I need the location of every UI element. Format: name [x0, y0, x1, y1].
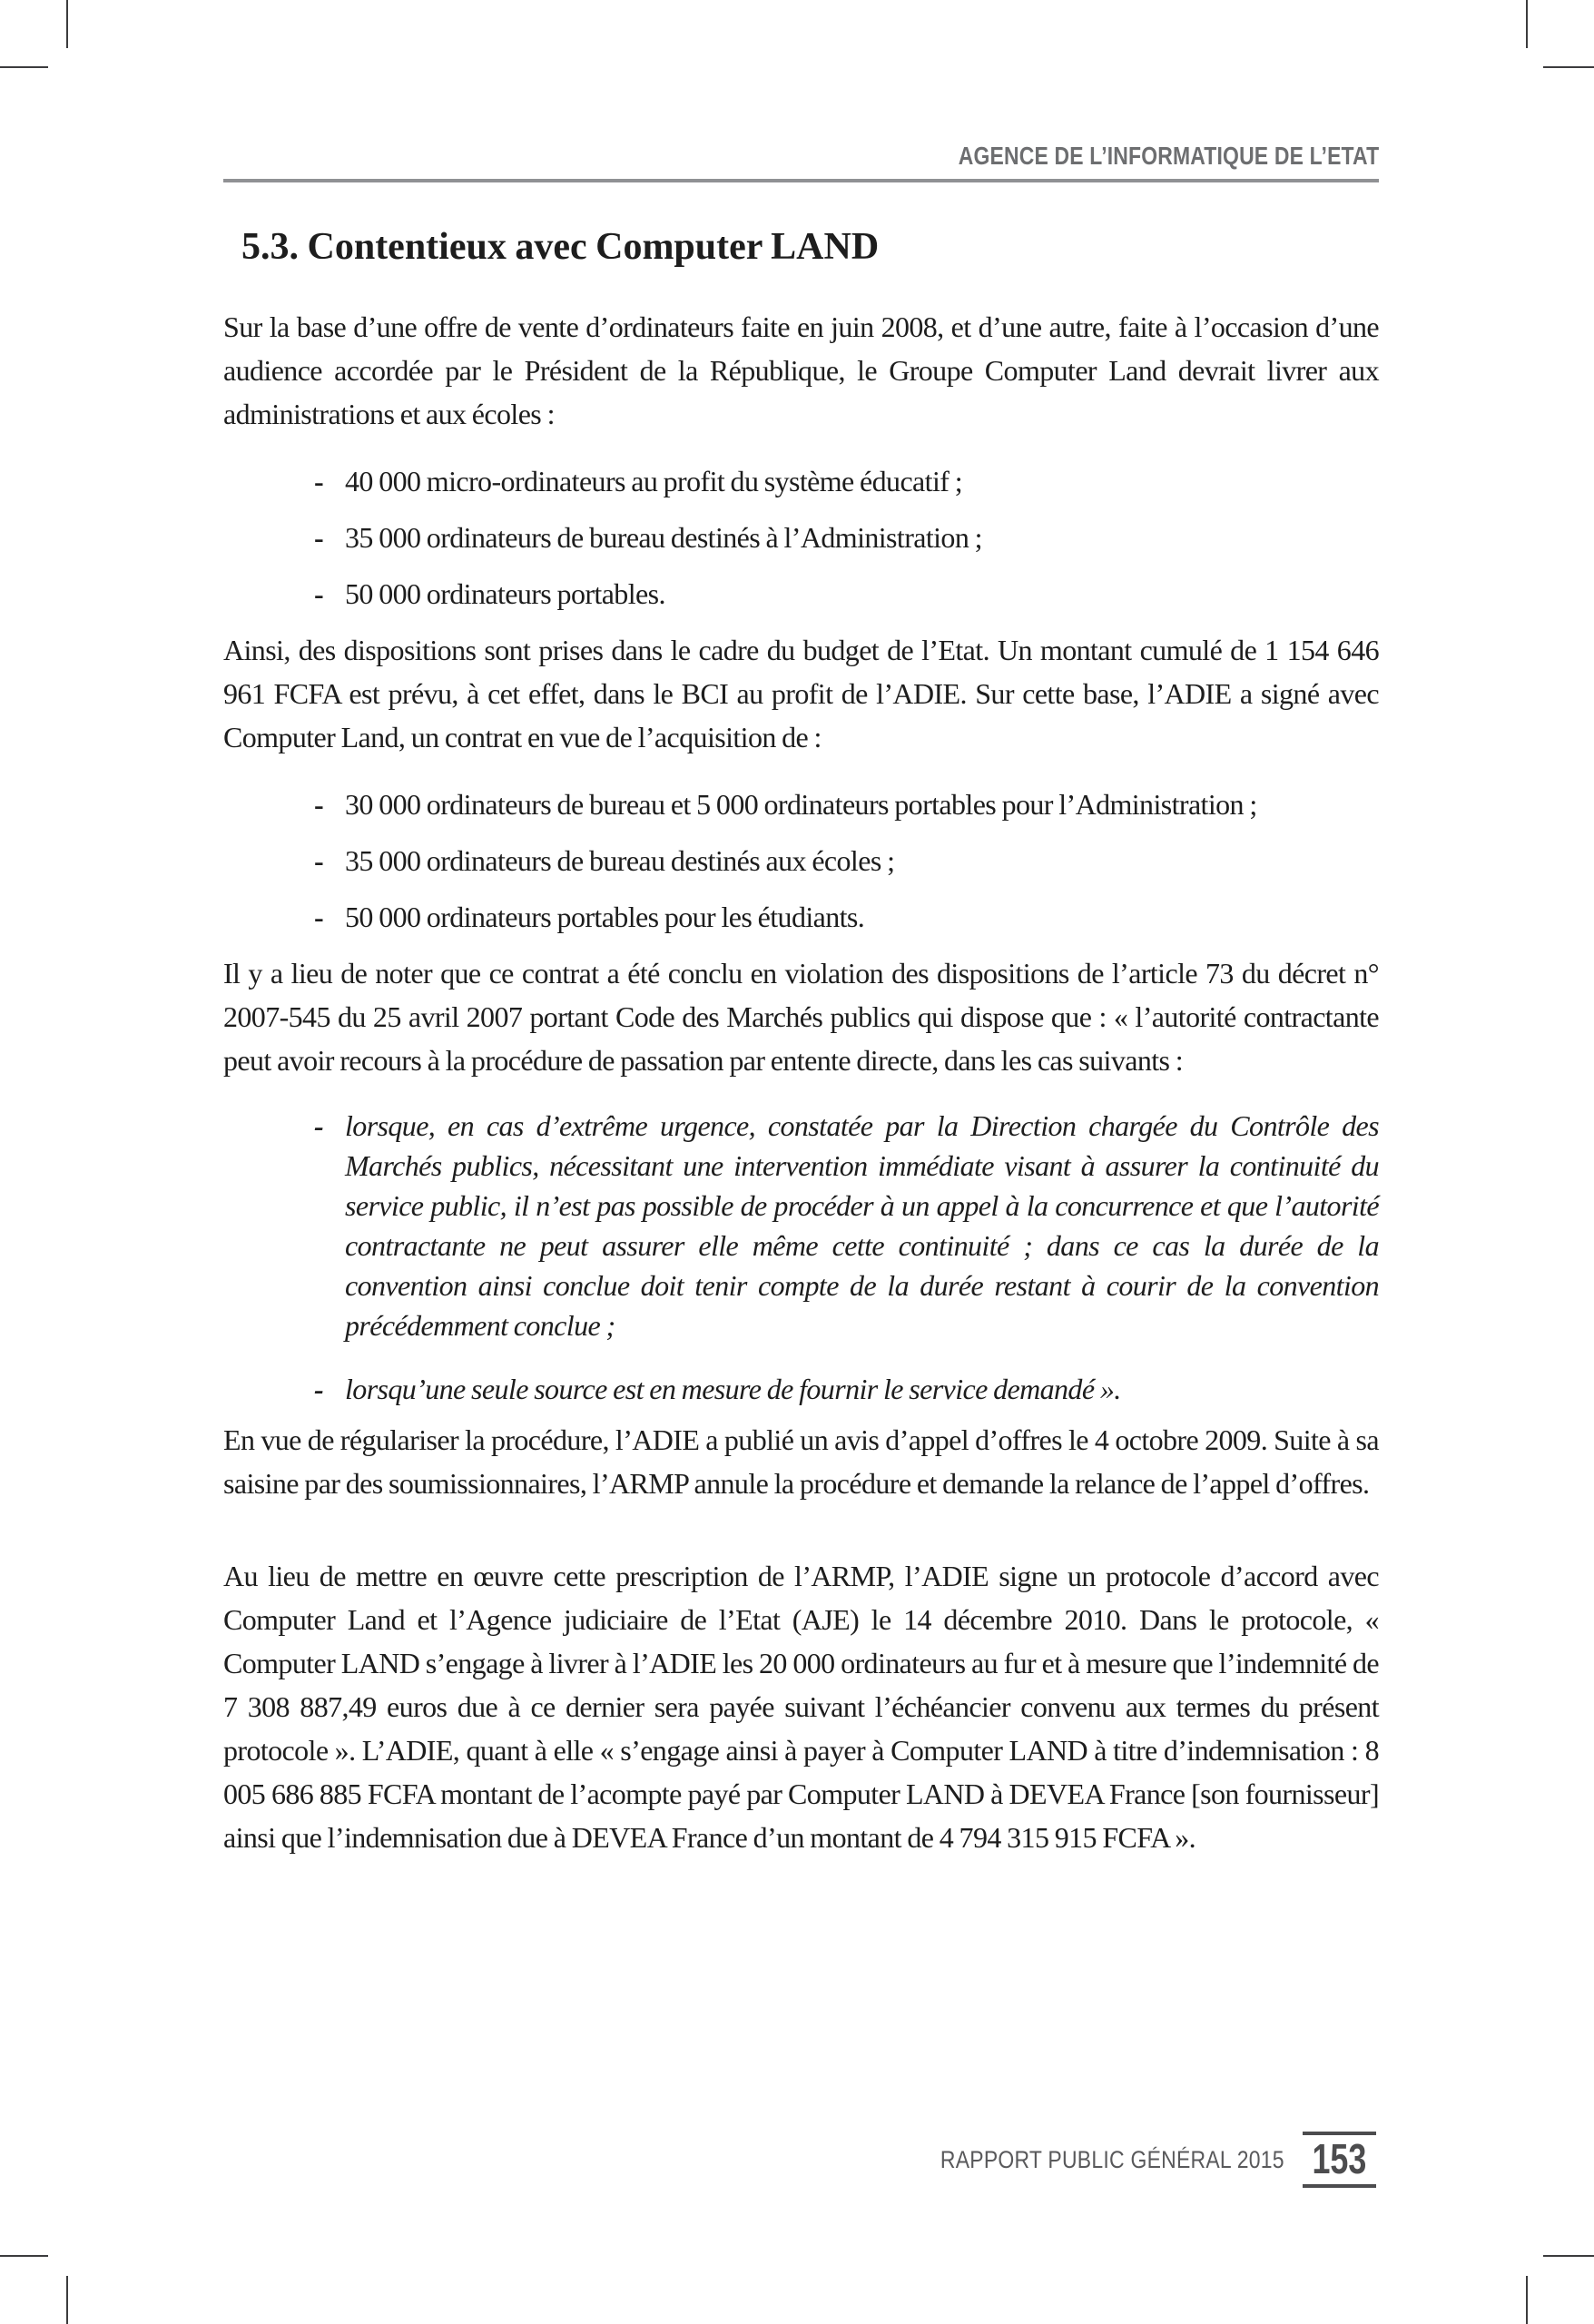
page-number-block: 153: [1303, 2132, 1376, 2188]
paragraph-budget: Ainsi, des dispositions sont prises dans…: [223, 628, 1379, 759]
crop-mark-bottom-left-vertical: [66, 2276, 68, 2324]
header-rule: [223, 179, 1379, 182]
list-item: - lorsque, en cas d’extrême urgence, con…: [314, 1106, 1379, 1345]
section-heading: 5.3. Contentieux avec Computer LAND: [241, 223, 1379, 271]
crop-mark-top-right-vertical: [1526, 0, 1528, 48]
list-item-text: 50 000 ordinateurs portables pour les ét…: [345, 895, 1379, 939]
dash-bullet: -: [314, 1106, 345, 1345]
crop-mark-bottom-right-vertical: [1526, 2276, 1528, 2324]
list-item: - 35 000 ordinateurs de bureau destinés …: [314, 839, 1379, 882]
crop-mark-top-right-horizontal: [1543, 66, 1594, 68]
dash-bullet: -: [314, 516, 345, 559]
crop-mark-bottom-right-horizontal: [1543, 2255, 1594, 2257]
list-deliveries: - 40 000 micro-ordinateurs au profit du …: [314, 459, 1379, 615]
list-item: - 40 000 micro-ordinateurs au profit du …: [314, 459, 1379, 503]
paragraph-violation: Il y a lieu de noter que ce contrat a ét…: [223, 951, 1379, 1082]
list-item: - 30 000 ordinateurs de bureau et 5 000 …: [314, 783, 1379, 826]
page-number: 153: [1313, 2138, 1367, 2180]
crop-mark-top-left-vertical: [66, 0, 68, 48]
running-header: AGENCE DE L’INFORMATIQUE DE L’ETAT: [223, 142, 1379, 182]
dash-bullet: -: [314, 572, 345, 615]
list-item-text: lorsque, en cas d’extrême urgence, const…: [345, 1106, 1379, 1345]
list-code-cases: - lorsque, en cas d’extrême urgence, con…: [314, 1106, 1379, 1409]
page-footer: RAPPORT PUBLIC GÉNÉRAL 2015 153: [880, 2132, 1376, 2188]
paragraph-regularisation: En vue de régulariser la procédure, l’AD…: [223, 1418, 1379, 1505]
list-item: - 35 000 ordinateurs de bureau destinés …: [314, 516, 1379, 559]
list-acquisitions: - 30 000 ordinateurs de bureau et 5 000 …: [314, 783, 1379, 939]
list-item-text: 40 000 micro-ordinateurs au profit du sy…: [345, 459, 1379, 503]
list-item: - 50 000 ordinateurs portables pour les …: [314, 895, 1379, 939]
footer-report-label: RAPPORT PUBLIC GÉNÉRAL 2015: [940, 2146, 1284, 2174]
list-item-text: 35 000 ordinateurs de bureau destinés à …: [345, 516, 1379, 559]
dash-bullet: -: [314, 1369, 345, 1409]
crop-mark-top-left-horizontal: [0, 66, 48, 68]
report-page: AGENCE DE L’INFORMATIQUE DE L’ETAT 5.3. …: [0, 0, 1594, 2324]
dash-bullet: -: [314, 895, 345, 939]
list-item-text: 35 000 ordinateurs de bureau destinés au…: [345, 839, 1379, 882]
list-item-text: lorsqu’une seule source est en mesure de…: [345, 1369, 1379, 1409]
dash-bullet: -: [314, 783, 345, 826]
page-content: 5.3. Contentieux avec Computer LAND Sur …: [223, 220, 1379, 1883]
list-item-text: 50 000 ordinateurs portables.: [345, 572, 1379, 615]
list-item-text: 30 000 ordinateurs de bureau et 5 000 or…: [345, 783, 1379, 826]
list-item: - 50 000 ordinateurs portables.: [314, 572, 1379, 615]
crop-mark-bottom-left-horizontal: [0, 2255, 48, 2257]
dash-bullet: -: [314, 459, 345, 503]
list-item: - lorsqu’une seule source est en mesure …: [314, 1369, 1379, 1409]
running-header-title: AGENCE DE L’INFORMATIQUE DE L’ETAT: [958, 142, 1379, 171]
paragraph-protocole: Au lieu de mettre en œuvre cette prescri…: [223, 1554, 1379, 1859]
dash-bullet: -: [314, 839, 345, 882]
paragraph-offer-intro: Sur la base d’une offre de vente d’ordin…: [223, 305, 1379, 436]
